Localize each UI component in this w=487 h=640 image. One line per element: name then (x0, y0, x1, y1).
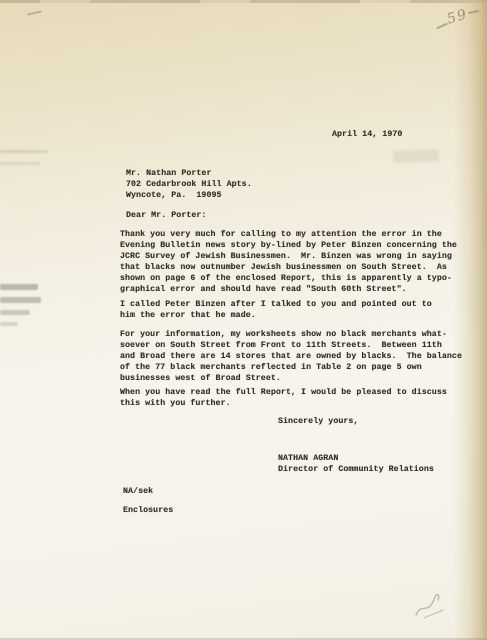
body-paragraph-3: For your information, my worksheets show… (120, 329, 462, 384)
paper-right-edge (453, 0, 487, 640)
faint-stamp-ghost (393, 149, 439, 163)
closing: Sincerely yours, (278, 416, 358, 427)
signature-name: NATHAN AGRAN (278, 453, 338, 464)
enclosure-note: Enclosures (123, 505, 173, 516)
scan-smudge (0, 162, 40, 165)
pencil-dash-left-of-number (436, 23, 448, 29)
scan-smudge (0, 284, 38, 290)
scan-smudge (0, 310, 30, 315)
signature-title: Director of Community Relations (278, 464, 434, 475)
letter-date: April 14, 1970 (332, 129, 402, 140)
typist-initials: NA/sek (123, 486, 153, 497)
recipient-address: Mr. Nathan Porter 702 Cedarbrook Hill Ap… (126, 168, 252, 201)
scan-smudge (0, 322, 18, 326)
body-paragraph-1: Thank you very much for calling to my at… (120, 229, 457, 295)
scanned-letter-page: 59 April 14, 1970 Mr. Nathan Porter 702 … (0, 0, 487, 640)
paper-top-edge (0, 0, 487, 3)
scan-smudge (0, 297, 41, 303)
salutation: Dear Mr. Porter: (126, 210, 206, 221)
body-paragraph-4: When you have read the full Report, I wo… (120, 387, 447, 409)
scan-smudge (0, 150, 48, 153)
pencil-dash-top-left (27, 10, 42, 15)
pencil-scribble-bottom-right (410, 585, 454, 627)
body-paragraph-2: I called Peter Binzen after I talked to … (120, 299, 432, 321)
